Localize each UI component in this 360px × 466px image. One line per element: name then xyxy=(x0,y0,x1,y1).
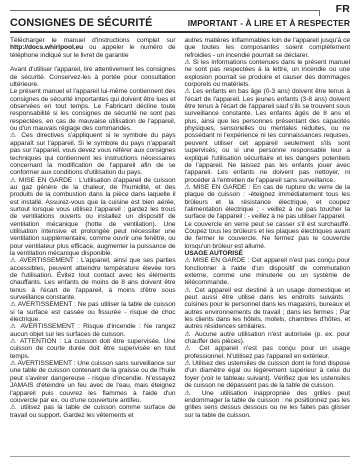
warning-icon: ⚠ xyxy=(185,331,195,338)
paragraph: Télécharger le manuel d'instructions com… xyxy=(10,37,176,59)
column-right: autres matières inflammables loin de l'a… xyxy=(185,37,351,419)
paragraph: ⚠ AVERTISSEMENT : L'appareil, ainsi que … xyxy=(10,257,176,301)
text-segment: Télécharger le manuel d'instructions com… xyxy=(10,37,176,44)
paragraph: ⚠ Ces directives s'appliquent si le symb… xyxy=(10,132,176,176)
warning-icon: ⚠ xyxy=(185,257,193,264)
column-left: Télécharger le manuel d'instructions com… xyxy=(10,37,176,419)
text-segment: utilisez pas la table de cuisson comme s… xyxy=(10,404,176,418)
text-segment: MISE EN GARDE : L'utilisation d'appareil… xyxy=(10,177,176,257)
paragraph: ⚠ Cet appareil n'est pas conçu pour un u… xyxy=(185,345,351,360)
paragraph: autres matières inflammables loin de l'a… xyxy=(185,37,351,59)
paragraph: Le présent manuel et l'appareil lui-même… xyxy=(10,88,176,132)
paragraph: ⚠ AVERTISSEMENT : Risque d'incendie : Ne… xyxy=(10,323,176,338)
text-segment: MISE EN GARDE : En cas de rupture du ver… xyxy=(185,184,351,220)
text-segment: AVERTISSEMENT : Risque d'incendie : Ne r… xyxy=(10,323,176,337)
warning-icon: ⚠ xyxy=(185,88,193,95)
paragraph: ⚠ ATTENTION : La cuisson doit être super… xyxy=(10,338,176,360)
warning-icon: ⚠ xyxy=(10,338,20,345)
text-segment: MISE EN GARDE : Cet appareil n'est pas c… xyxy=(185,257,351,286)
footer-divider xyxy=(10,456,350,457)
paragraph: ⚠ Cet appareil est destiné à un usage do… xyxy=(185,287,351,331)
text-segment: Cet appareil n'est pas conçu pour un usa… xyxy=(185,345,351,359)
warning-icon: ⚠ xyxy=(10,301,18,308)
warning-icon: ⚠ xyxy=(185,184,194,191)
paragraph: ⚠ AVERTISSEMENT : Une cuisson sans surve… xyxy=(10,360,176,404)
paragraph: ⚠ Aucune autre utilisation n'est autoris… xyxy=(185,331,351,346)
paragraph: ⚠ utilisez pas la table de cuisson comme… xyxy=(10,404,176,419)
warning-icon: ⚠ xyxy=(185,345,200,352)
warning-icon: ⚠ xyxy=(10,177,19,184)
warning-icon: ⚠ xyxy=(10,404,21,411)
text-segment: Utilisez des ustensiles de cuisson dont … xyxy=(185,360,351,389)
paragraph: ⚠ Utilisez des ustensiles de cuisson don… xyxy=(185,360,351,389)
paragraph: ⚠ Si les informations contenues dans le … xyxy=(185,59,351,88)
paragraph: Le couvercle en verre peut se casser s'i… xyxy=(185,221,351,250)
text-segment: Si les informations contenues dans le pr… xyxy=(185,59,351,88)
paragraph: ⚠ AVERTISSEMENT : Ne pas utiliser la tab… xyxy=(10,301,176,323)
language-badge: FR xyxy=(336,3,350,15)
text-segment: Le couvercle en verre peut se casser s'i… xyxy=(185,221,351,250)
header-top-row: FR xyxy=(10,0,350,17)
warning-icon: ⚠ xyxy=(10,257,19,264)
paragraph: ⚠ MISE EN GARDE : L'utilisation d'appare… xyxy=(10,177,176,258)
warning-icon: ⚠ xyxy=(10,132,21,139)
page-title: CONSIGNES DE SÉCURITÉ xyxy=(10,17,152,29)
text-segment: Le présent manuel et l'appareil lui-même… xyxy=(10,88,176,132)
text-segment: Avant d'utiliser l'appareil, lire attent… xyxy=(10,66,176,88)
text-segment: AVERTISSEMENT : L'appareil, ainsi que se… xyxy=(10,257,176,301)
warning-icon: ⚠ xyxy=(185,390,202,397)
warning-icon: ⚠ xyxy=(185,287,195,294)
text-segment: Les enfants en bas âge (0-3 ans) doivent… xyxy=(185,88,351,183)
text-segment: AVERTISSEMENT : Ne pas utiliser la table… xyxy=(10,301,176,323)
text-segment: AVERTISSEMENT : Une cuisson sans surveil… xyxy=(10,360,176,404)
document-page: FR CONSIGNES DE SÉCURITÉ IMPORTANT - À L… xyxy=(0,0,360,466)
paragraph: ⚠ Une utilisation inappropriée des grill… xyxy=(185,390,351,419)
bold-text: http://docs.whirlpool.eu xyxy=(10,44,83,51)
text-segment: autres matières inflammables loin de l'a… xyxy=(185,37,351,59)
page-subtitle: IMPORTANT - À LIRE ET À RESPECTER xyxy=(188,18,350,28)
header-divider xyxy=(10,10,320,16)
text-segment: Ces directives s'appliquent si le symbol… xyxy=(10,132,176,176)
warning-icon: ⚠ xyxy=(10,323,20,330)
warning-icon: ⚠ xyxy=(10,360,18,367)
text-columns: Télécharger le manuel d'instructions com… xyxy=(10,37,350,419)
text-segment: ATTENTION : La cuisson doit être supervi… xyxy=(10,338,176,360)
header-title-row: CONSIGNES DE SÉCURITÉ IMPORTANT - À LIRE… xyxy=(10,17,350,29)
title-divider xyxy=(10,31,350,33)
text-segment: Une utilisation inappropriée des grilles… xyxy=(185,390,351,419)
paragraph: ⚠ MISE EN GARDE : En cas de rupture du v… xyxy=(185,184,351,221)
text-segment: Cet appareil est destiné à un usage dome… xyxy=(185,287,351,331)
text-segment: Aucune autre utilisation n'est autorisée… xyxy=(185,331,351,345)
paragraph: ⚠ MISE EN GARDE : Cet appareil n'est pas… xyxy=(185,257,351,286)
warning-icon: ⚠ xyxy=(185,59,193,66)
text-segment: USAGE AUTORISÉ xyxy=(185,250,243,257)
paragraph: Avant d'utiliser l'appareil, lire attent… xyxy=(10,66,176,88)
section-heading: USAGE AUTORISÉ xyxy=(185,250,351,257)
paragraph: ⚠ Les enfants en bas âge (0-3 ans) doive… xyxy=(185,88,351,183)
